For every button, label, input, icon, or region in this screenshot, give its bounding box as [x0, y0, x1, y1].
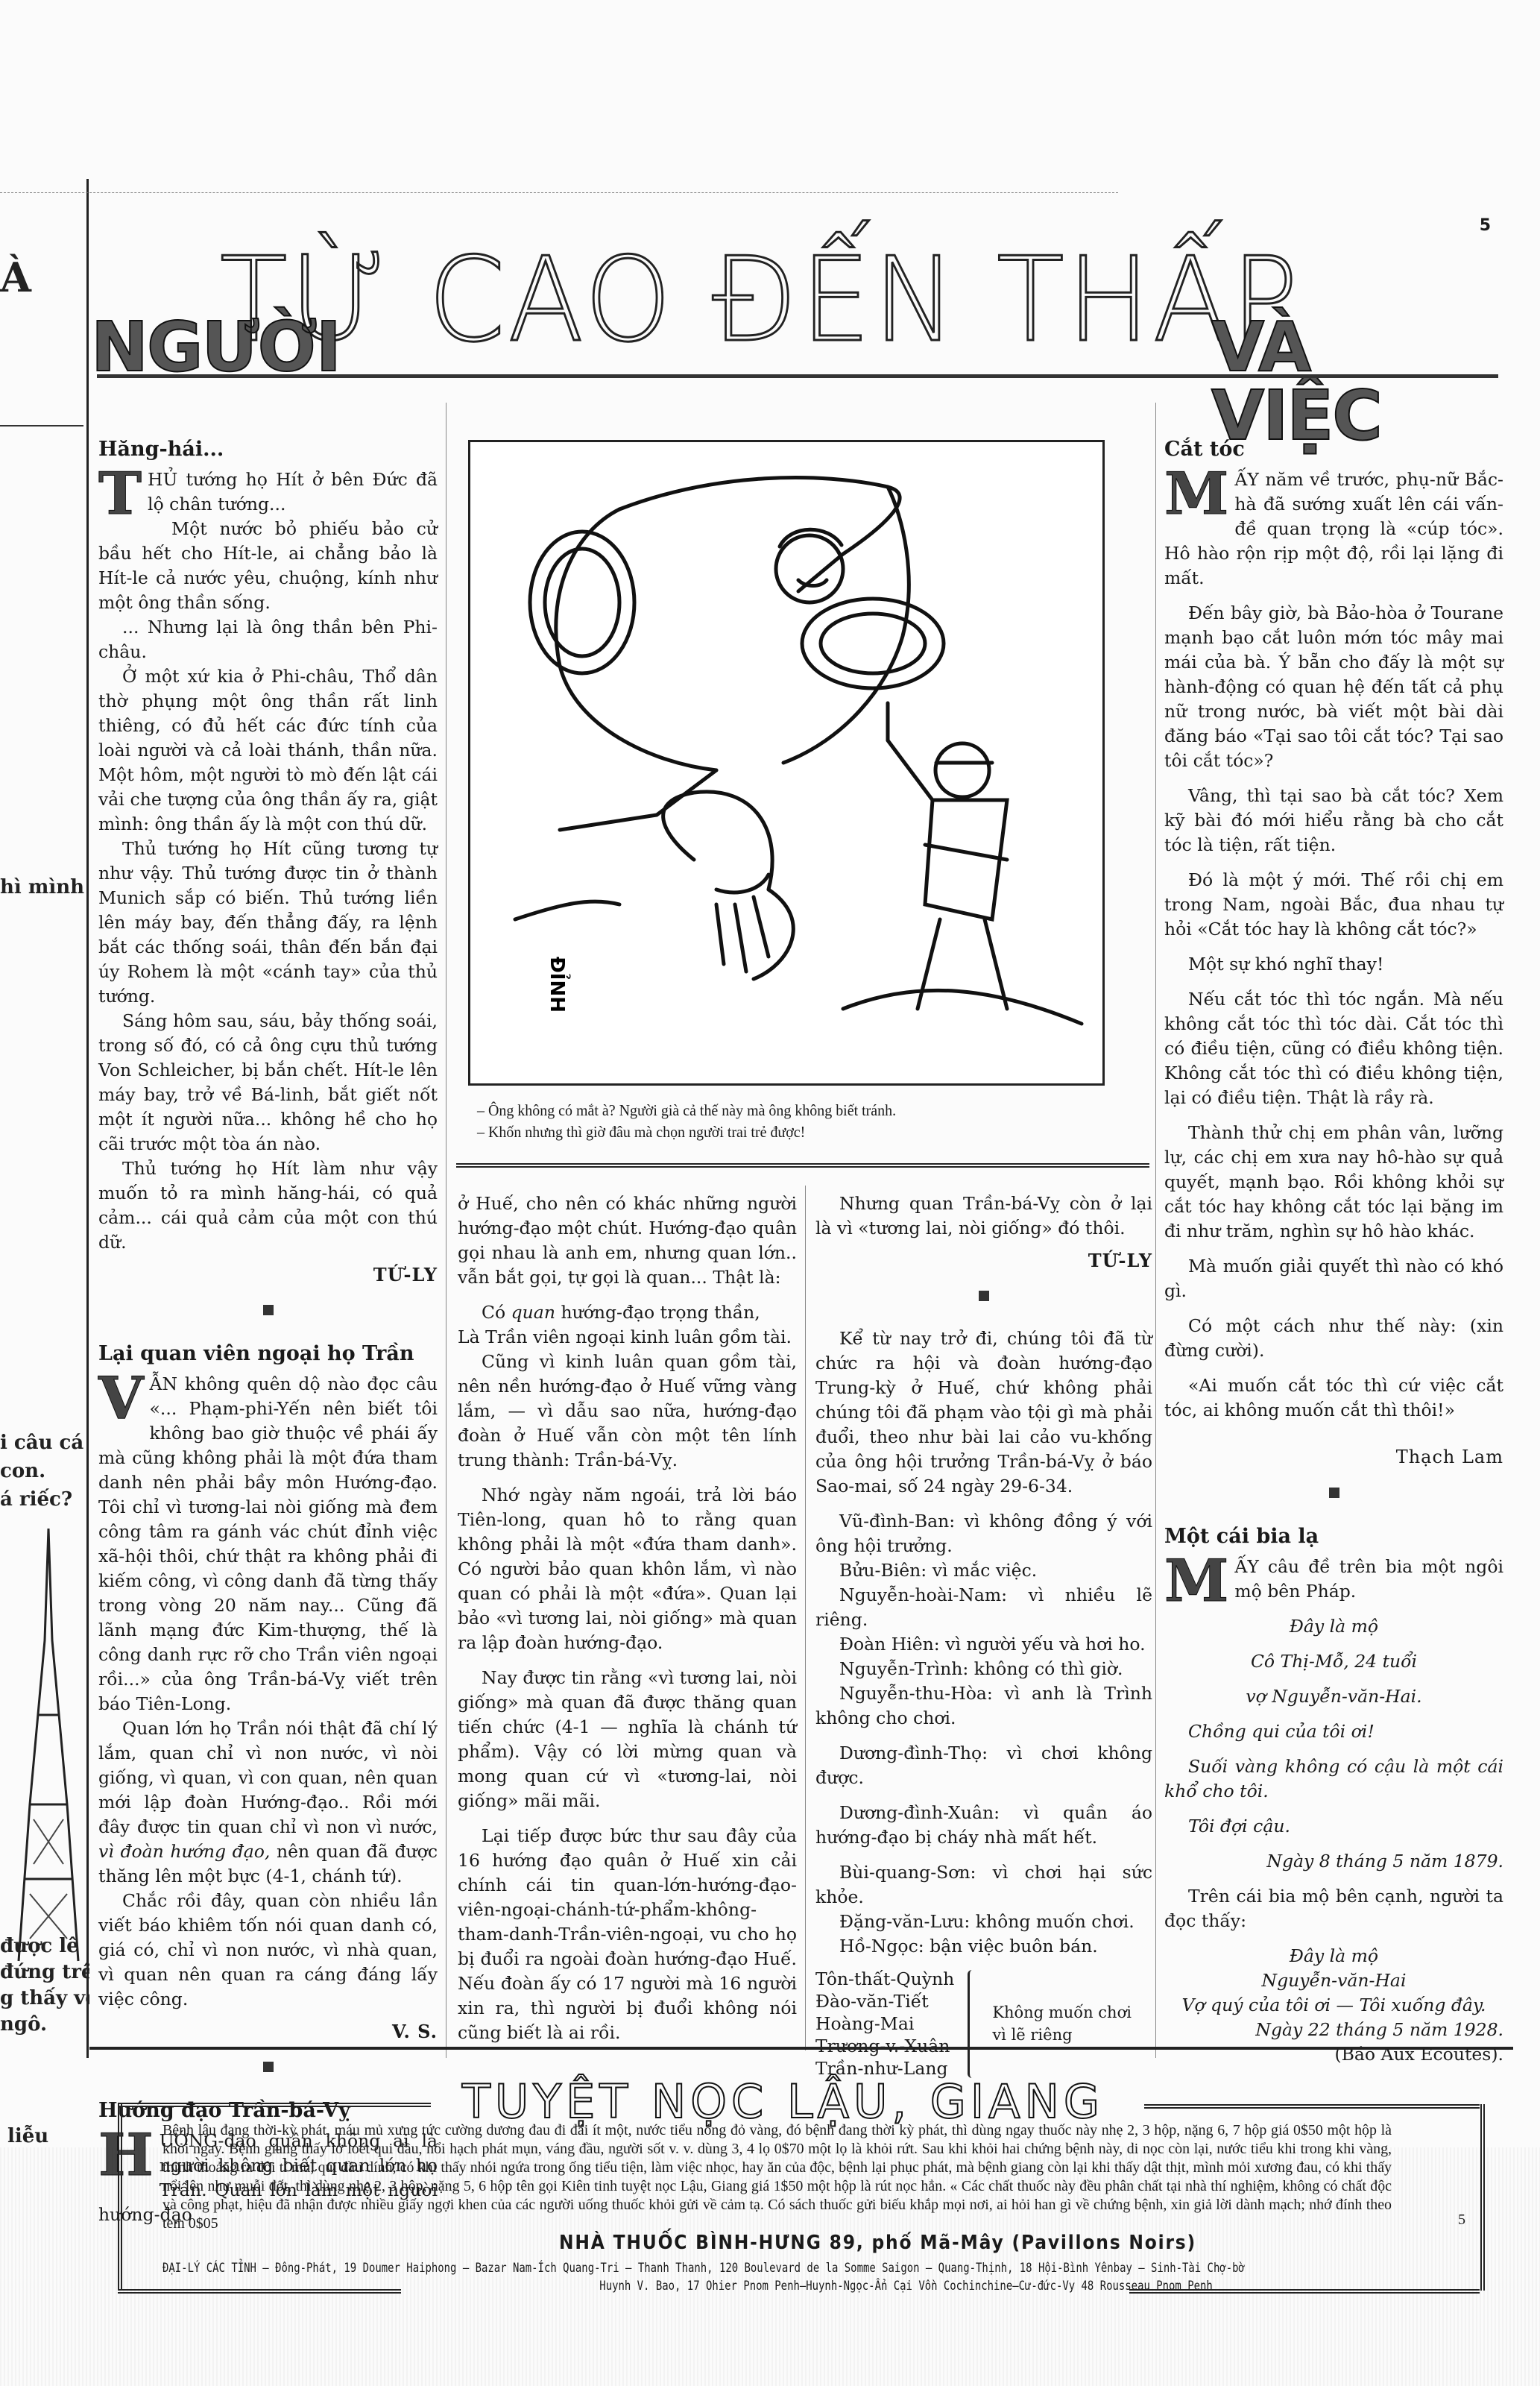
paragraph: Nếu cắt tóc thì tóc ngắn. Mà nếu không c…: [1164, 987, 1503, 1110]
epitaph-line: Đây là mộ: [1164, 1614, 1503, 1639]
lead-text: HỦ tướng họ Hít ở bên Đức đã lộ chân tướ…: [148, 469, 438, 514]
drop-cap: M: [1164, 470, 1228, 518]
paragraph: Một nước bỏ phiếu bảo cử bầu hết cho Hít…: [98, 517, 438, 615]
right-column: Cắt tóc MẤY năm về trước, phụ-nữ Bắc-hà …: [1164, 436, 1503, 2067]
paragraph: Thủ tướng họ Hít cũng tương tự như vậy. …: [98, 837, 438, 1009]
paragraph: Nhớ ngày năm ngoái, trả lời báo Tiên-lon…: [458, 1483, 797, 1655]
drop-cap: M: [1164, 1558, 1228, 1605]
agents-line: Huynh V. Bao, 17 Ohier Pnom Penh—Huynh-N…: [162, 2277, 1202, 2295]
article-signature: TỨ-LY: [815, 1248, 1152, 1273]
facing-page-bleed: À hì mình i câu cá con. á riếc? được lê …: [0, 179, 89, 2058]
epitaph-date: Ngày 22 tháng 5 năm 1928.: [1164, 2018, 1503, 2042]
ad-agents: ĐẠI-LÝ CÁC TỈNH — Đông-Phát, 19 Doumer H…: [162, 2259, 1202, 2295]
top-edge-rule: [0, 192, 1118, 193]
ad-shop-name: NHÀ THUỐC BÌNH-HƯNG 89, phố Mã-Mây (Pavi…: [559, 2232, 1196, 2254]
left-column: Hăng-hái... THỦ tướng họ Hít ở bên Đức đ…: [98, 436, 438, 2227]
section-separator-icon: [263, 1305, 274, 1315]
section-separator-icon: [1329, 1488, 1339, 1498]
article-lead: THỦ tướng họ Hít ở bên Đức đã lộ chân tư…: [98, 468, 438, 517]
paragraph: Cũng vì kinh luân quan gồm tài, nên nền …: [458, 1350, 797, 1473]
member-name: Trương-v.-Xuân: [815, 2035, 954, 2057]
page-number: 5: [1480, 216, 1491, 235]
article-lead: VẪN không quên dộ nào đọc câu «... Phạm-…: [98, 1372, 438, 1716]
bleed-fragment: con.: [0, 1460, 45, 1482]
resignation-reason: Bùi-quang-Sơn: vì chơi hại sức khỏe.: [815, 1860, 1152, 1910]
ad-page-mark: 5: [1458, 2212, 1465, 2229]
reason-line: vì lẽ riêng: [992, 2024, 1132, 2046]
drop-cap: V: [98, 1375, 144, 1423]
paragraph: Nay được tin rằng «vì tương lai, nòi giố…: [458, 1666, 797, 1813]
epitaph-line: vợ Nguyễn-văn-Hai.: [1164, 1684, 1503, 1709]
masthead-rule: [97, 374, 1498, 378]
epitaph-date: Ngày 8 tháng 5 năm 1879.: [1164, 1849, 1503, 1874]
article-title: Một cái bia lạ: [1164, 1523, 1503, 1550]
grouped-names: Tôn-thất-Quỳnh Đào-văn-Tiết Hoàng-Mai Tr…: [815, 1968, 1152, 2080]
middle-column: ở Huế, cho nên có khác những người hướng…: [458, 1192, 797, 2045]
eiffel-tower-illustration: [15, 1521, 82, 1968]
column-rule: [446, 403, 446, 2058]
bleed-fragment: À: [0, 254, 31, 301]
resignation-reason: Đoàn Hiên: vì người yếu và hơi ho.: [815, 1632, 1152, 1657]
resignation-reason: Dương-đình-Xuân: vì quần áo hướng-đạo bị…: [815, 1801, 1152, 1850]
article-title: Lại quan viên ngoại họ Trần: [98, 1341, 438, 1367]
ad-frame-rule: [1144, 2104, 1480, 2109]
section-separator-icon: [263, 2062, 274, 2072]
paragraph: Thủ tướng họ Hít làm như vậy muốn tỏ ra …: [98, 1156, 438, 1255]
paragraph: Sáng hôm sau, sáu, bảy thống soái, trong…: [98, 1009, 438, 1156]
text-run: hướng-đạo trọng thần,: [561, 1302, 760, 1323]
italic-run: vì đoàn hướng đạo,: [98, 1841, 270, 1862]
epitaph-line: Cô Thị-Mỗ, 24 tuổi: [1164, 1649, 1503, 1674]
paragraph: Trên cái bia mộ bên cạnh, người ta đọc t…: [1164, 1884, 1503, 1933]
bleed-fragment: ngô.: [0, 2013, 47, 2036]
paragraph: Có một cách như thế này: (xin đừng cười)…: [1164, 1314, 1503, 1363]
resignation-reason: Dương-đình-Thọ: vì chơi không được.: [815, 1741, 1152, 1790]
masthead: TỪ CAO ĐẾN THẤP NGƯỜI VÀ VIỆC: [89, 239, 1498, 380]
article-lead: MẤY năm về trước, phụ-nữ Bắc-hà đã sướng…: [1164, 468, 1503, 591]
ad-body-text: Bệnh lậu đang thời-kỳ phát, máu mủ xưng …: [162, 2121, 1392, 2233]
bleed-fragment: hì mình: [0, 876, 84, 898]
epitaph-line: Suối vàng không có cậu là một cái khổ ch…: [1164, 1754, 1503, 1804]
caption-rule: [456, 1163, 1149, 1168]
resignation-reason: Nguyễn-thu-Hòa: vì anh là Trình không ch…: [815, 1681, 1152, 1731]
resignation-reason: Bửu-Biên: vì mắc việc.: [815, 1558, 1152, 1583]
lead-text: ẤY câu đề trên bia một ngôi mộ bên Pháp.: [1234, 1556, 1503, 1602]
middle-right-column: Nhưng quan Trần-bá-Vỵ còn ở lại là vì «t…: [815, 1192, 1152, 2080]
member-name: Hoàng-Mai: [815, 2012, 954, 2035]
paragraph: «Ai muốn cắt tóc thì cứ việc cắt tóc, ai…: [1164, 1373, 1503, 1423]
paragraph: Đến bây giờ, bà Bảo-hòa ở Tourane mạnh b…: [1164, 601, 1503, 773]
verse-line: Có quan hướng-đạo trọng thần,: [458, 1300, 797, 1325]
paragraph: Mà muốn giải quyết thì nào có khó gì.: [1164, 1254, 1503, 1303]
paragraph: ... Nhưng lại là ông thần bên Phi-châu.: [98, 615, 438, 664]
resignation-reason: Nguyễn-hoài-Nam: vì nhiều lẽ riêng.: [815, 1583, 1152, 1632]
cartoon-illustration: ĐỈNH: [468, 440, 1105, 1086]
member-name: Đào-văn-Tiết: [815, 1990, 954, 2012]
brace-icon: [968, 1970, 977, 2078]
caption-line: – Khốn nhưng thì giờ đâu mà chọn người t…: [477, 1121, 1114, 1143]
bleed-fragment: á riếc?: [0, 1488, 72, 1511]
paragraph: Thành thử chị em phân vân, lưỡng lự, các…: [1164, 1121, 1503, 1244]
paragraph: Vâng, thì tại sao bà cắt tóc? Xem kỹ bài…: [1164, 784, 1503, 857]
verse-line: Là Trần viên ngoại kinh luân gồm tài.: [458, 1325, 797, 1350]
article-lead: MẤY câu đề trên bia một ngôi mộ bên Pháp…: [1164, 1555, 1503, 1604]
text-run: Có: [482, 1302, 505, 1323]
masthead-right-word: VÀ VIỆC: [1211, 313, 1498, 450]
paragraph: Lại tiếp được bức thư sau đây của 16 hướ…: [458, 1824, 797, 2045]
bleed-fragment: liễu: [7, 2125, 48, 2147]
bleed-fragment: g thấy vợ: [0, 1987, 89, 2009]
paragraph: Một sự khó nghĩ thay!: [1164, 952, 1503, 977]
article-signature: Thạch Lam: [1164, 1445, 1503, 1470]
masthead-title: TỪ CAO ĐẾN THẤP: [220, 242, 1301, 358]
bleed-fragment: i câu cá: [0, 1432, 83, 1454]
gutter-rule: [86, 179, 89, 2058]
cartoon-caption: – Ông không có mắt à? Người già cả thế n…: [477, 1100, 1114, 1143]
paragraph: ở Huế, cho nên có khác những người hướng…: [458, 1192, 797, 1290]
paragraph: Đó là một ý mới. Thế rồi chị em trong Na…: [1164, 868, 1503, 942]
ad-frame-rule: [118, 2103, 431, 2107]
article-signature: V. S.: [98, 2019, 438, 2044]
bleed-fragment: được lê: [0, 1935, 79, 1957]
paragraph: Quan lớn họ Trần nói thật đã chí lý lắm,…: [98, 1716, 438, 1889]
member-name: Tôn-thất-Quỳnh: [815, 1968, 954, 1990]
bleed-fragment: đứng trê: [0, 1961, 89, 1983]
epitaph-line: Nguyễn-văn-Hai: [1164, 1968, 1503, 1993]
lead-text: ẪN không quên dộ nào đọc câu «... Phạm-p…: [98, 1373, 438, 1714]
agents-line: ĐẠI-LÝ CÁC TỈNH — Đông-Phát, 19 Doumer H…: [162, 2261, 1245, 2276]
masthead-left-word: NGƯỜI: [91, 313, 340, 382]
article-title: Hăng-hái...: [98, 436, 438, 463]
resignation-reason: Hồ-Ngọc: bận việc buôn bán.: [815, 1934, 1152, 1959]
car-and-old-man-drawing-icon: ĐỈNH: [470, 442, 1102, 1083]
paragraph: Nhưng quan Trần-bá-Vỵ còn ở lại là vì «t…: [815, 1192, 1152, 1241]
column-rule: [1155, 403, 1156, 2058]
artist-signature: ĐỈNH: [546, 957, 572, 1013]
bleed-rule: [0, 425, 83, 426]
paragraph: Ở một xứ kia ở Phi-châu, Thổ dân thờ phụ…: [98, 664, 438, 837]
text-run: Quan lớn họ Trần nói thật đã chí lý lắm,…: [98, 1718, 438, 1837]
caption-line: – Ông không có mắt à? Người già cả thế n…: [477, 1100, 1114, 1121]
paragraph: Chắc rồi đây, quan còn nhiều lần viết bá…: [98, 1889, 438, 2012]
group-reason: Không muốn chơi vì lẽ riêng: [992, 2001, 1132, 2046]
letter-paragraph: Kể từ nay trở đi, chúng tôi đã từ chức r…: [815, 1326, 1152, 1499]
source-credit: (Báo Aux Ecoutes).: [1164, 2042, 1503, 2067]
epitaph-line: Chồng qui của tôi ơi!: [1164, 1719, 1503, 1744]
advertisement: TUYỆT NỌC LẬU, GIANG Bệnh lậu đang thời-…: [112, 2080, 1498, 2304]
advertisement-top-rule: [89, 2047, 1513, 2050]
reason-line: Không muốn chơi: [992, 2001, 1132, 2024]
epitaph-line: Vợ quý của tôi ơi — Tôi xuống đây.: [1164, 1993, 1503, 2018]
column-rule: [805, 1186, 806, 2050]
resignation-reason: Nguyễn-Trình: không có thì giờ.: [815, 1657, 1152, 1681]
article-title: Cắt tóc: [1164, 436, 1503, 463]
resignation-reason: Vũ-đình-Ban: vì không đồng ý với ông hội…: [815, 1509, 1152, 1558]
drop-cap: T: [98, 470, 142, 518]
resignation-reason: Đặng-văn-Lưu: không muốn chơi.: [815, 1910, 1152, 1934]
epitaph-line: Đây là mộ: [1164, 1944, 1503, 1968]
name-list: Tôn-thất-Quỳnh Đào-văn-Tiết Hoàng-Mai Tr…: [815, 1968, 954, 2080]
article-signature: TỨ-LY: [98, 1262, 438, 1287]
italic-run: quan: [511, 1302, 555, 1323]
epitaph-line: Tôi đợi cậu.: [1164, 1814, 1503, 1839]
section-separator-icon: [979, 1291, 989, 1301]
